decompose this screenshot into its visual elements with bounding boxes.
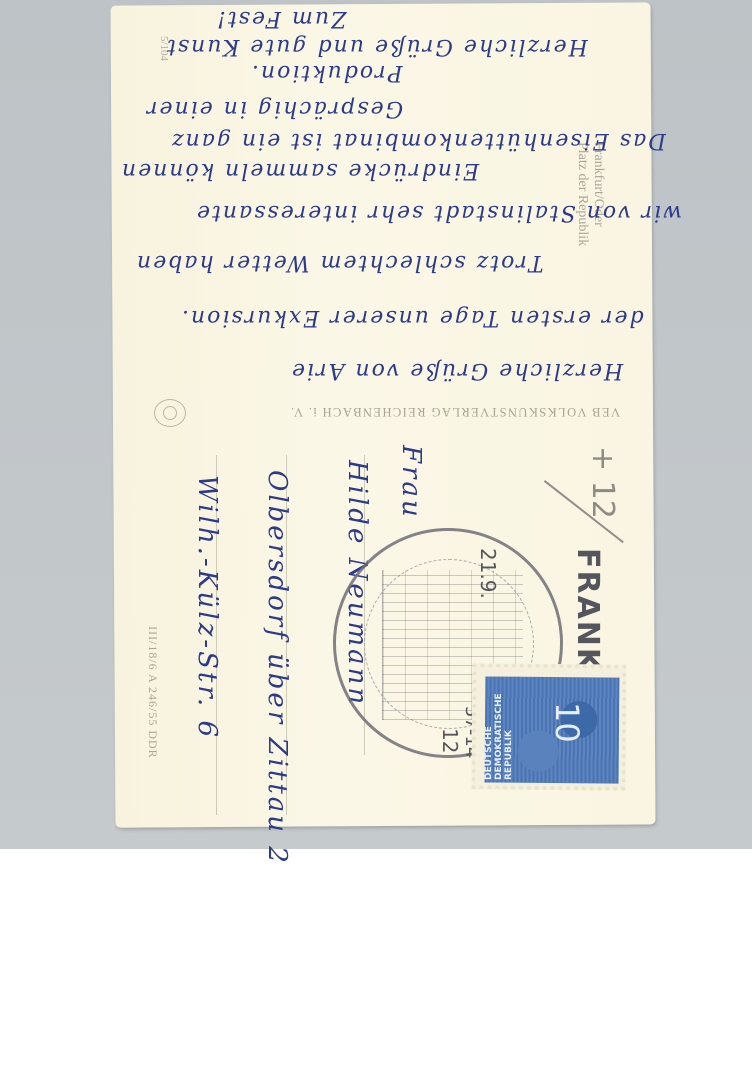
message-line: Eindrücke sammeln können <box>120 158 479 183</box>
print-code: III/18/6 A 246/55 DDR <box>145 626 160 759</box>
publisher-logo-icon <box>154 399 186 427</box>
message-line: Trotz schlechtem Wetter haben <box>135 250 544 275</box>
message-line: der ersten Tage unserer Exkursion. <box>180 305 644 330</box>
caption-place: Platz der Republik <box>574 142 590 246</box>
message-line: wir von Stalinstadt sehr interessante <box>195 200 682 225</box>
address-line-3: Olbersdorf über Zittau 2 <box>262 470 292 866</box>
message-line: Zum Fest! <box>215 6 346 31</box>
postmark-number: 12 <box>438 728 462 753</box>
pencil-note: + 12 <box>585 446 620 519</box>
stamp-value: 10 <box>548 702 586 743</box>
message-line: Herzliche Grüße und gute Kunst <box>165 34 588 59</box>
caption-city: Frankfurt/Oder <box>590 142 606 246</box>
stamp-country: DEUTSCHE DEMOKRATISCHE REPUBLIK <box>484 680 514 780</box>
message-line: Produktion. <box>250 60 402 85</box>
message-line: Herzliche Grüße von Arie <box>290 358 623 383</box>
publisher-line: VEB VOLKSKUNSTVERLAG REICHENBACH i. V. <box>160 404 620 419</box>
picture-caption: Frankfurt/Oder Platz der Republik <box>574 142 606 246</box>
message-line: Gesprächig in einer <box>145 96 403 121</box>
postmark-date: 21.9. <box>476 548 500 599</box>
address-line-1: Frau <box>396 445 426 520</box>
address-line-4: Wilh.-Külz-Str. 6 <box>192 475 222 740</box>
message-line: Das Eisenhüttenkombinat ist ein ganz <box>170 128 666 153</box>
